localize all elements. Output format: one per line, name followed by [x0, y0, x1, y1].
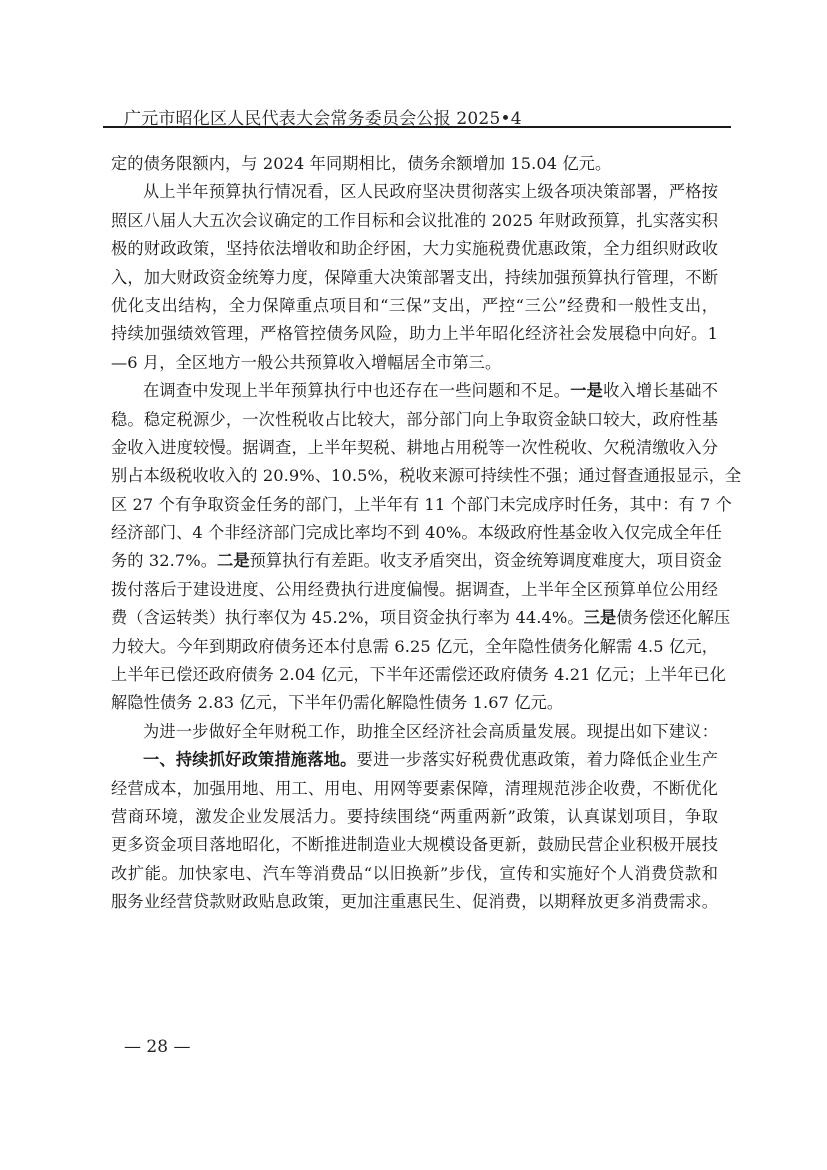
text-line: 营商环境，激发企业发展活力。要持续围绕“两重两新”政策，认真谋划项目，争取 [111, 803, 718, 831]
text-run: 债务偿还化解压 [616, 608, 730, 627]
text-line: 经济部门、4 个非经济部门完成比率均不到 40%。本级政府性基金收入仅完成全年任 [111, 519, 718, 547]
text-run: 预算执行有差距。收支矛盾突出，资金统筹调度难度大，项目资金 [250, 551, 722, 570]
text-line: 在调查中发现上半年预算执行中也还存在一些问题和不足。一是收入增长基础不 [111, 377, 718, 405]
text-line: 优化支出结构，全力保障重点项目和“三保”支出，严控“三公”经费和一般性支出， [111, 292, 718, 320]
text-line: 费（含运转类）执行率仅为 45.2%，项目资金执行率为 44.4%。三是债务偿还… [111, 604, 718, 632]
text-run: 费（含运转类）执行率仅为 45.2%，项目资金执行率为 44.4%。 [111, 608, 584, 627]
text-line: 经营成本，加强用地、用工、用电、用网等要素保障，清理规范涉企收费，不断优化 [111, 775, 718, 803]
text-line: 持续加强绩效管理，严格管控债务风险，助力上半年昭化经济社会发展稳中向好。1 [111, 320, 718, 348]
page-number: — 28 — [124, 1037, 190, 1057]
text-line: 服务业经营贷款财政贴息政策，更加注重惠民生、促消费，以期释放更多消费需求。 [111, 888, 718, 916]
text-line: 更多资金项目落地昭化，不断推进制造业大规模设备更新，鼓励民营企业积极开展技 [111, 831, 718, 859]
text-line: 别占本级税收收入的 20.9%、10.5%，税收来源可持续性不强；通过督查通报显… [111, 462, 718, 490]
text-run: 务的 32.7%。 [111, 551, 217, 570]
text-line: 从上半年预算执行情况看，区人民政府坚决贯彻落实上级各项决策部署，严格按 [111, 178, 718, 206]
emphasis-run: 三是 [584, 608, 617, 627]
emphasis-run: 一是 [570, 381, 603, 400]
text-line: 金收入进度较慢。据调查，上半年契税、耕地占用税等一次性税收、欠税清缴收入分 [111, 434, 718, 462]
emphasis-run: 二是 [217, 551, 250, 570]
text-line: 照区八届人大五次会议确定的工作目标和会议批准的 2025 年财政预算，扎实落实积 [111, 207, 718, 235]
text-line: 拨付落后于建设进度、公用经费执行进度偏慢。据调查，上半年全区预算单位公用经 [111, 576, 718, 604]
text-line: 极的财政政策，坚持依法增收和助企纾困，大力实施税费优惠政策，全力组织财政收 [111, 235, 718, 263]
text-line: 上半年已偿还政府债务 2.04 亿元，下半年还需偿还政府债务 4.21 亿元；上… [111, 661, 718, 689]
text-line: 定的债务限额内，与 2024 年同期相比，债务余额增加 15.04 亿元。 [111, 150, 718, 178]
text-line: 区 27 个有争取资金任务的部门，上半年有 11 个部门未完成序时任务，其中：有… [111, 491, 718, 519]
text-line: 为进一步做好全年财税工作，助推全区经济社会高质量发展。现提出如下建议： [111, 718, 718, 746]
text-line: 入，加大财政资金统筹力度，保障重大决策部署支出，持续加强预算执行管理，不断 [111, 264, 718, 292]
text-line: 务的 32.7%。二是预算执行有差距。收支矛盾突出，资金统筹调度难度大，项目资金 [111, 547, 718, 575]
text-line: 解隐性债务 2.83 亿元，下半年仍需化解隐性债务 1.67 亿元。 [111, 689, 718, 717]
text-line: —6 月，全区地方一般公共预算收入增幅居全市第三。 [111, 349, 718, 377]
text-line: 一、持续抓好政策措施落地。要进一步落实好税费优惠政策，着力降低企业生产 [111, 746, 718, 774]
text-line: 稳。稳定税源少，一次性税收占比较大，部分部门向上争取资金缺口较大，政府性基 [111, 406, 718, 434]
text-run: 要进一步落实好税费优惠政策，着力降低企业生产 [357, 750, 718, 769]
header-rule [103, 126, 731, 128]
document-page: 广元市昭化区人民代表大会常务委员会公报 2025•4 定的债务限额内，与 202… [0, 0, 827, 1170]
text-line: 改扩能。加快家电、汽车等消费品“以旧换新”步伐，宣传和实施好个人消费贷款和 [111, 860, 718, 888]
text-line: 力较大。今年到期政府债务还本付息需 6.25 亿元，全年隐性债务化解需 4.5 … [111, 633, 718, 661]
text-run: 在调查中发现上半年预算执行中也还存在一些问题和不足。 [143, 381, 570, 400]
section-heading: 一、持续抓好政策措施落地。 [143, 750, 357, 769]
body-text: 定的债务限额内，与 2024 年同期相比，债务余额增加 15.04 亿元。 从上… [111, 150, 718, 917]
text-run: 收入增长基础不 [603, 381, 718, 400]
